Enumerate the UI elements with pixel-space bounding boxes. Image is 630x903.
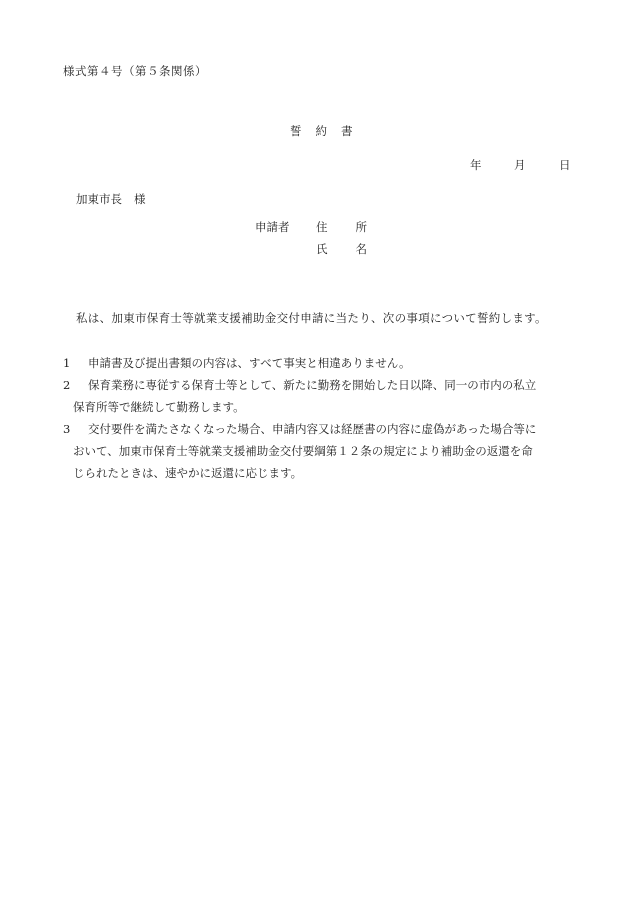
document-title: 誓約書 <box>290 126 367 138</box>
addressee: 加東市長様 <box>76 194 146 206</box>
name-label-char: 氏 <box>316 242 328 256</box>
pledge-intro: 私は、加東市保育士等就業支援補助金交付申請に当たり、次の事項について誓約します。 <box>76 313 547 325</box>
title-char: 書 <box>341 126 353 138</box>
item-text: 交付要件を満たさなくなった場合、申請内容又は経歴書の内容に虚偽があった場合等に <box>88 422 536 436</box>
addressee-name: 加東市長 <box>76 192 122 206</box>
date-day-label: 日 <box>559 160 571 172</box>
address-label-char: 住 <box>316 220 328 234</box>
item-text: 申請書及び提出書類の内容は、すべて事実と相違ありません。 <box>88 356 410 370</box>
addressee-honorific: 様 <box>134 192 146 206</box>
date-month-label: 月 <box>514 160 526 172</box>
name-label-char: 名 <box>356 242 368 256</box>
name-label: 氏名 <box>316 244 367 256</box>
pledge-item: 2保育業務に専従する保育士等として、新たに勤務を開始した日以降、同一の市内の私立… <box>63 374 583 418</box>
pledge-item: 1申請書及び提出書類の内容は、すべて事実と相違ありません。 <box>63 352 583 374</box>
title-char: 誓 <box>290 126 302 138</box>
applicant-label: 申請者 <box>255 222 290 234</box>
item-number: 1 <box>63 352 88 374</box>
item-text: 保育業務に専従する保育士等として、新たに勤務を開始した日以降、同一の市内の私立 <box>88 378 536 392</box>
item-text-continued: 保育所等で継続して勤務します。 <box>63 396 583 418</box>
item-text-continued: おいて、加東市保育士等就業支援補助金交付要綱第１２条の規定により補助金の返還を命 <box>63 440 583 462</box>
item-number: 2 <box>63 374 88 396</box>
address-label: 住所 <box>316 222 367 234</box>
title-char: 約 <box>316 126 328 138</box>
address-label-char: 所 <box>356 220 368 234</box>
form-number: 様式第４号（第５条関係） <box>63 66 207 78</box>
pledge-item: 3交付要件を満たさなくなった場合、申請内容又は経歴書の内容に虚偽があった場合等に… <box>63 418 583 484</box>
item-number: 3 <box>63 418 88 440</box>
item-text-continued: じられたときは、速やかに返還に応じます。 <box>63 462 583 484</box>
date-year-label: 年 <box>470 160 482 172</box>
